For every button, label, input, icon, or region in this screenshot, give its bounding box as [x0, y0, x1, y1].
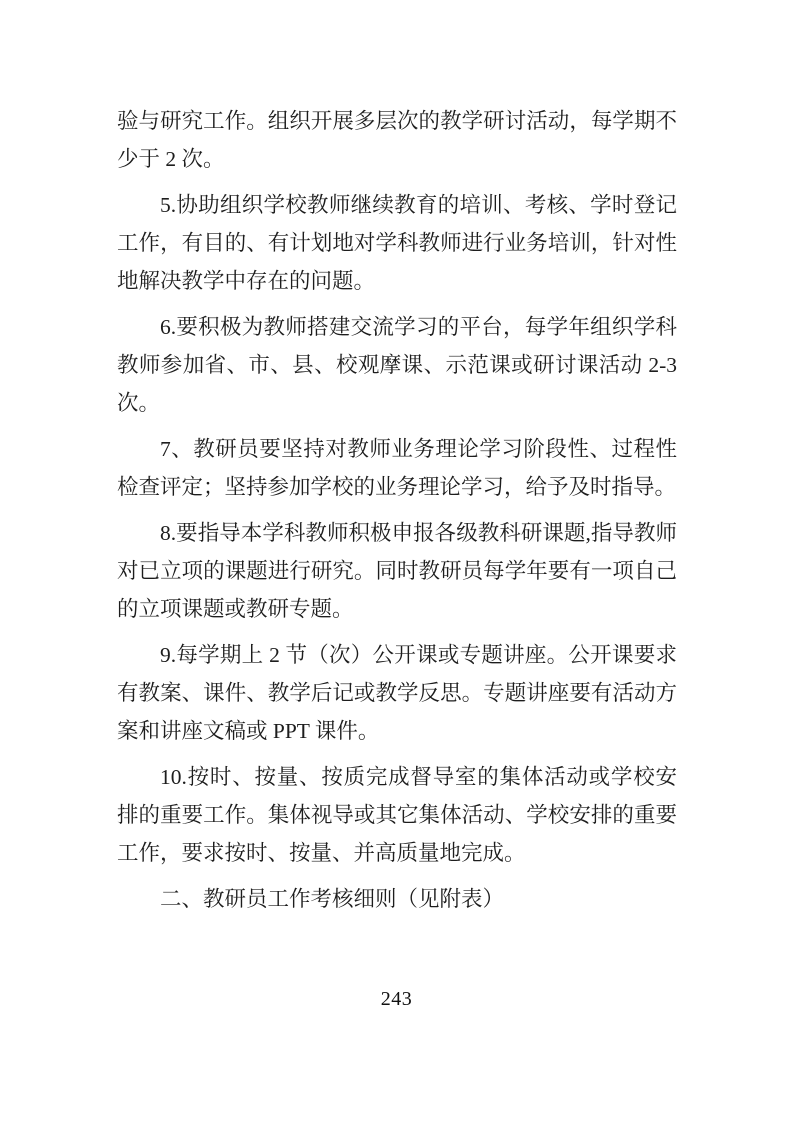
- section-heading-2: 二、教研员工作考核细则（见附表）: [117, 880, 677, 918]
- paragraph-item-5: 5.协助组织学校教师继续教育的培训、考核、学时登记工作，有目的、有计划地对学科教…: [117, 186, 677, 300]
- document-page: 验与研究工作。组织开展多层次的教学研讨活动，每学期不少于 2 次。 5.协助组织…: [0, 0, 793, 1122]
- page-number: 243: [0, 988, 793, 1011]
- paragraph-item-7: 7、教研员要坚持对教师业务理论学习阶段性、过程性检查评定；坚持参加学校的业务理论…: [117, 430, 677, 506]
- paragraph-item-8: 8.要指导本学科教师积极申报各级教科研课题,指导教师对已立项的课题进行研究。同时…: [117, 514, 677, 628]
- paragraph-item-6: 6.要积极为教师搭建交流学习的平台，每学年组织学科教师参加省、市、县、校观摩课、…: [117, 308, 677, 422]
- paragraph-continuation: 验与研究工作。组织开展多层次的教学研讨活动，每学期不少于 2 次。: [117, 102, 677, 178]
- document-body: 验与研究工作。组织开展多层次的教学研讨活动，每学期不少于 2 次。 5.协助组织…: [117, 102, 677, 926]
- paragraph-item-9: 9.每学期上 2 节（次）公开课或专题讲座。公开课要求有教案、课件、教学后记或教…: [117, 636, 677, 750]
- paragraph-item-10: 10.按时、按量、按质完成督导室的集体活动或学校安排的重要工作。集体视导或其它集…: [117, 758, 677, 872]
